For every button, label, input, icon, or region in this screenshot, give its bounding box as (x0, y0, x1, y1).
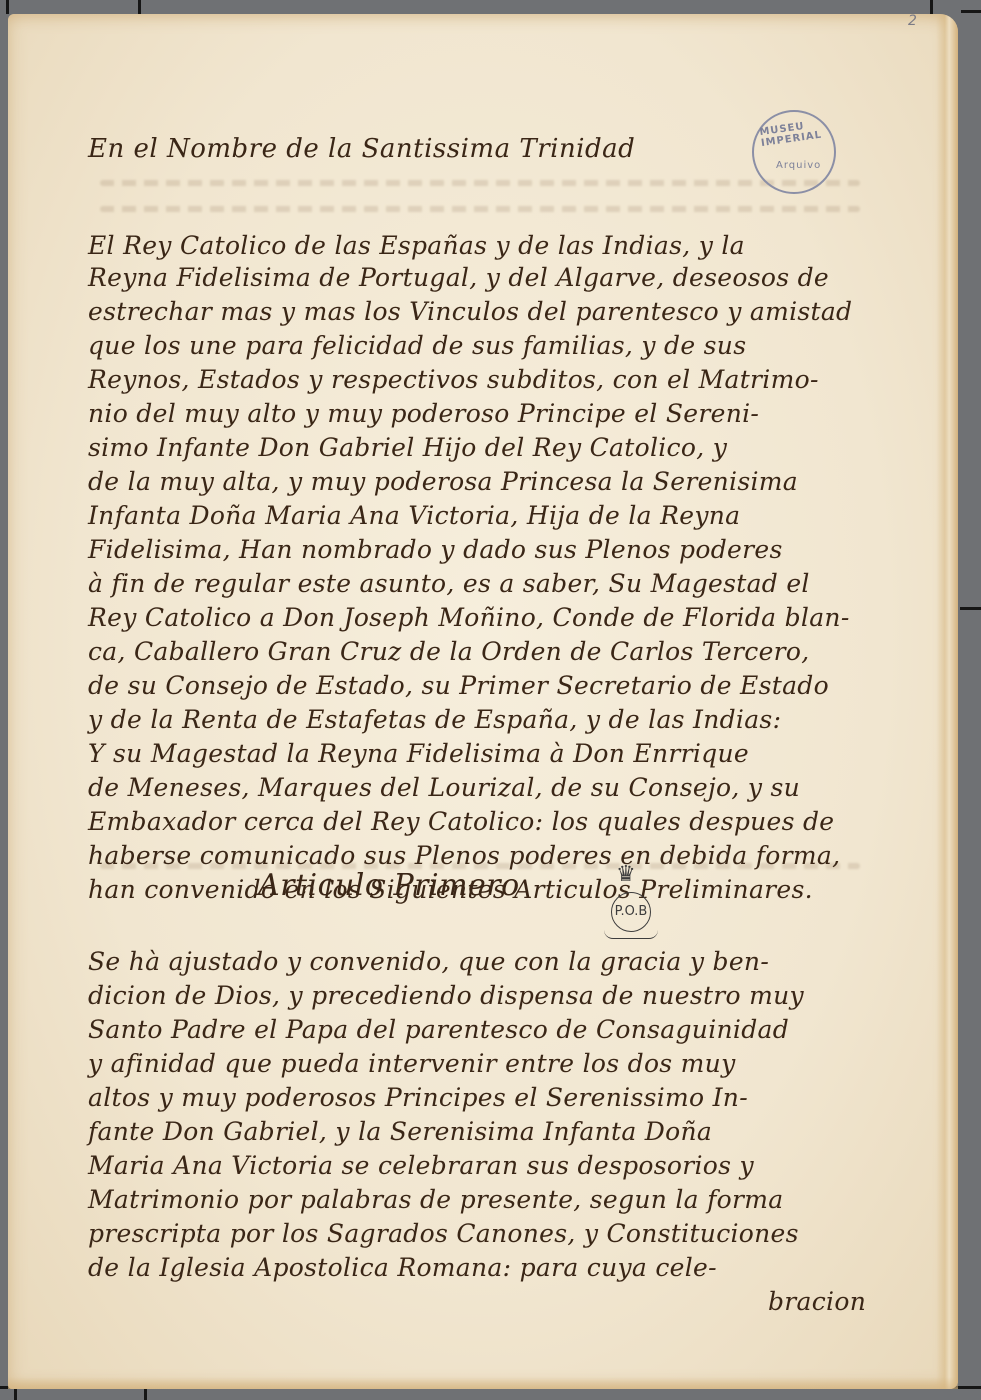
page-bottom-edge (8, 1377, 958, 1389)
grid-mark (6, 0, 9, 14)
grid-mark (930, 0, 933, 14)
stamp-top-text: MUSEU IMPERIAL (759, 117, 835, 149)
grid-mark (960, 607, 981, 610)
folio-number: 2 (908, 13, 917, 29)
article-line: de la Iglesia Apostolica Romana: para cu… (88, 1248, 717, 1288)
stamp-bottom-text: Arquivo (776, 160, 821, 171)
crown-icon: ♛ (616, 862, 636, 887)
stamp-monogram: P.O.B (611, 892, 651, 932)
ink-bleed (100, 180, 860, 186)
grid-mark (961, 10, 981, 13)
stamp-ribbon (604, 930, 658, 939)
museu-imperial-stamp: MUSEU IMPERIAL Arquivo (752, 110, 836, 194)
grid-mark (144, 1388, 147, 1400)
article-title: Articulo Primero (258, 868, 520, 903)
ink-bleed (100, 206, 860, 212)
pob-crown-stamp: ♛ P.O.B (598, 862, 664, 948)
invocation-heading: En el Nombre de la Santissima Trinidad (88, 134, 635, 164)
grid-mark (138, 0, 141, 14)
page-edge (936, 14, 958, 1389)
catchword: bracion (768, 1282, 866, 1322)
